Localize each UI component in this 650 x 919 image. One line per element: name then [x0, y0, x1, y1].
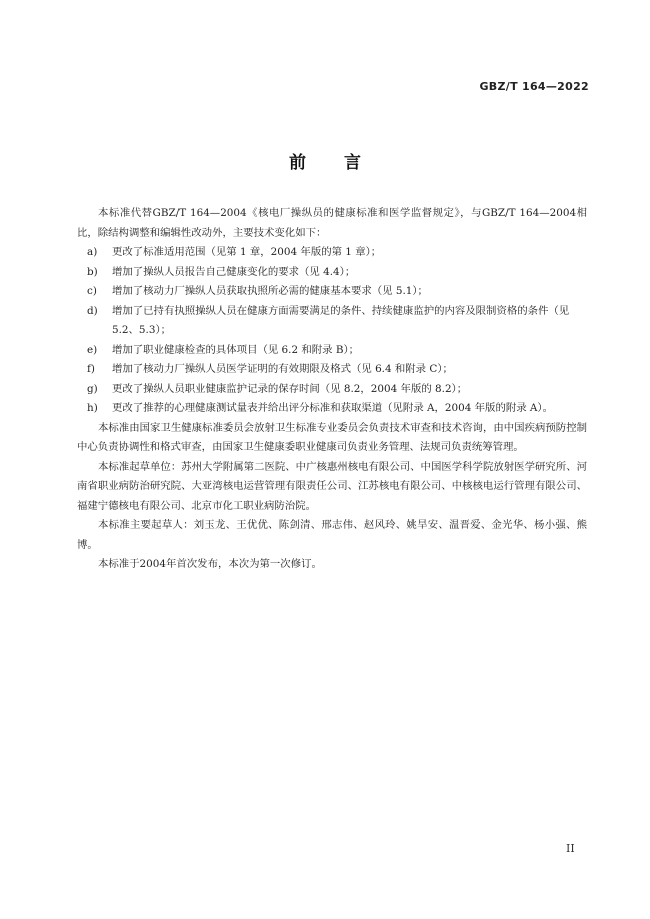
list-item-label: c): [87, 282, 97, 302]
drafters-paragraph: 本标准主要起草人：刘玉龙、王优优、陈剑清、邢志伟、赵风玲、姚旱安、温晋爱、金光华…: [77, 516, 587, 555]
intro-paragraph: 本标准代替GBZ/T 164—2004《核电厂操纵员的健康标准和医学监督规定》，…: [77, 204, 587, 243]
list-item: e)增加了职业健康检查的具体项目（见 6.2 和附录 B）；: [77, 341, 587, 361]
changes-list: a)更改了标准适用范围（见第 1 章，2004 年版的第 1 章）； b)增加了…: [77, 243, 587, 419]
list-item: h)更改了推荐的心理健康测试量表并给出评分标准和获取渠道（见附录 A，2004 …: [77, 399, 587, 419]
list-item-text: 增加了职业健康检查的具体项目（见 6.2 和附录 B）；: [112, 344, 359, 356]
list-item: g)更改了操纵人员职业健康监护记录的保存时间（见 8.2，2004 年版的 8.…: [77, 380, 587, 400]
list-item-text: 更改了推荐的心理健康测试量表并给出评分标准和获取渠道（见附录 A，2004 年版…: [112, 402, 553, 414]
list-item-text: 增加了核动力厂操纵人员医学证明的有效期限及格式（见 6.4 和附录 C）；: [112, 363, 453, 375]
drafting-units-paragraph: 本标准起草单位：苏州大学附属第二医院、中广核惠州核电有限公司、中国医学科学院放射…: [77, 458, 587, 517]
title-char-2: 言: [344, 148, 361, 173]
list-item-text: 更改了标准适用范围（见第 1 章，2004 年版的第 1 章）；: [112, 246, 381, 258]
list-item-text: 增加了操纵人员报告自己健康变化的要求（见 4.4）；: [112, 266, 355, 278]
standard-code: GBZ/T 164—2022: [479, 80, 589, 93]
list-item: f)增加了核动力厂操纵人员医学证明的有效期限及格式（见 6.4 和附录 C）；: [77, 360, 587, 380]
list-item-text: 增加了核动力厂操纵人员获取执照所必需的健康基本要求（见 5.1）；: [112, 285, 428, 297]
history-paragraph: 本标准于2004年首次发布，本次为第一次修订。: [77, 555, 587, 575]
list-item: b)增加了操纵人员报告自己健康变化的要求（见 4.4）；: [77, 263, 587, 283]
title-char-1: 前: [289, 148, 306, 173]
list-item-text: 更改了操纵人员职业健康监护记录的保存时间（见 8.2，2004 年版的 8.2）…: [112, 383, 467, 395]
list-item-label: a): [87, 243, 97, 263]
list-item-text: 增加了已持有执照操纵人员在健康方面需要满足的条件、持续健康监护的内容及限制资格的…: [112, 305, 569, 337]
list-item: a)更改了标准适用范围（见第 1 章，2004 年版的第 1 章）；: [77, 243, 587, 263]
page-title: 前言: [0, 148, 650, 173]
list-item: c)增加了核动力厂操纵人员获取执照所必需的健康基本要求（见 5.1）；: [77, 282, 587, 302]
page-number: II: [566, 842, 575, 855]
list-item: d)增加了已持有执照操纵人员在健康方面需要满足的条件、持续健康监护的内容及限制资…: [77, 302, 587, 341]
list-item-label: g): [87, 380, 98, 400]
list-item-label: f): [87, 360, 95, 380]
list-item-label: e): [87, 341, 97, 361]
list-item-label: h): [87, 399, 98, 419]
list-item-label: d): [87, 302, 98, 322]
list-item-label: b): [87, 263, 98, 283]
responsibility-paragraph: 本标准由国家卫生健康标准委员会放射卫生标准专业委员会负责技术审查和技术咨询，由中…: [77, 419, 587, 458]
document-body: 本标准代替GBZ/T 164—2004《核电厂操纵员的健康标准和医学监督规定》，…: [77, 204, 587, 575]
